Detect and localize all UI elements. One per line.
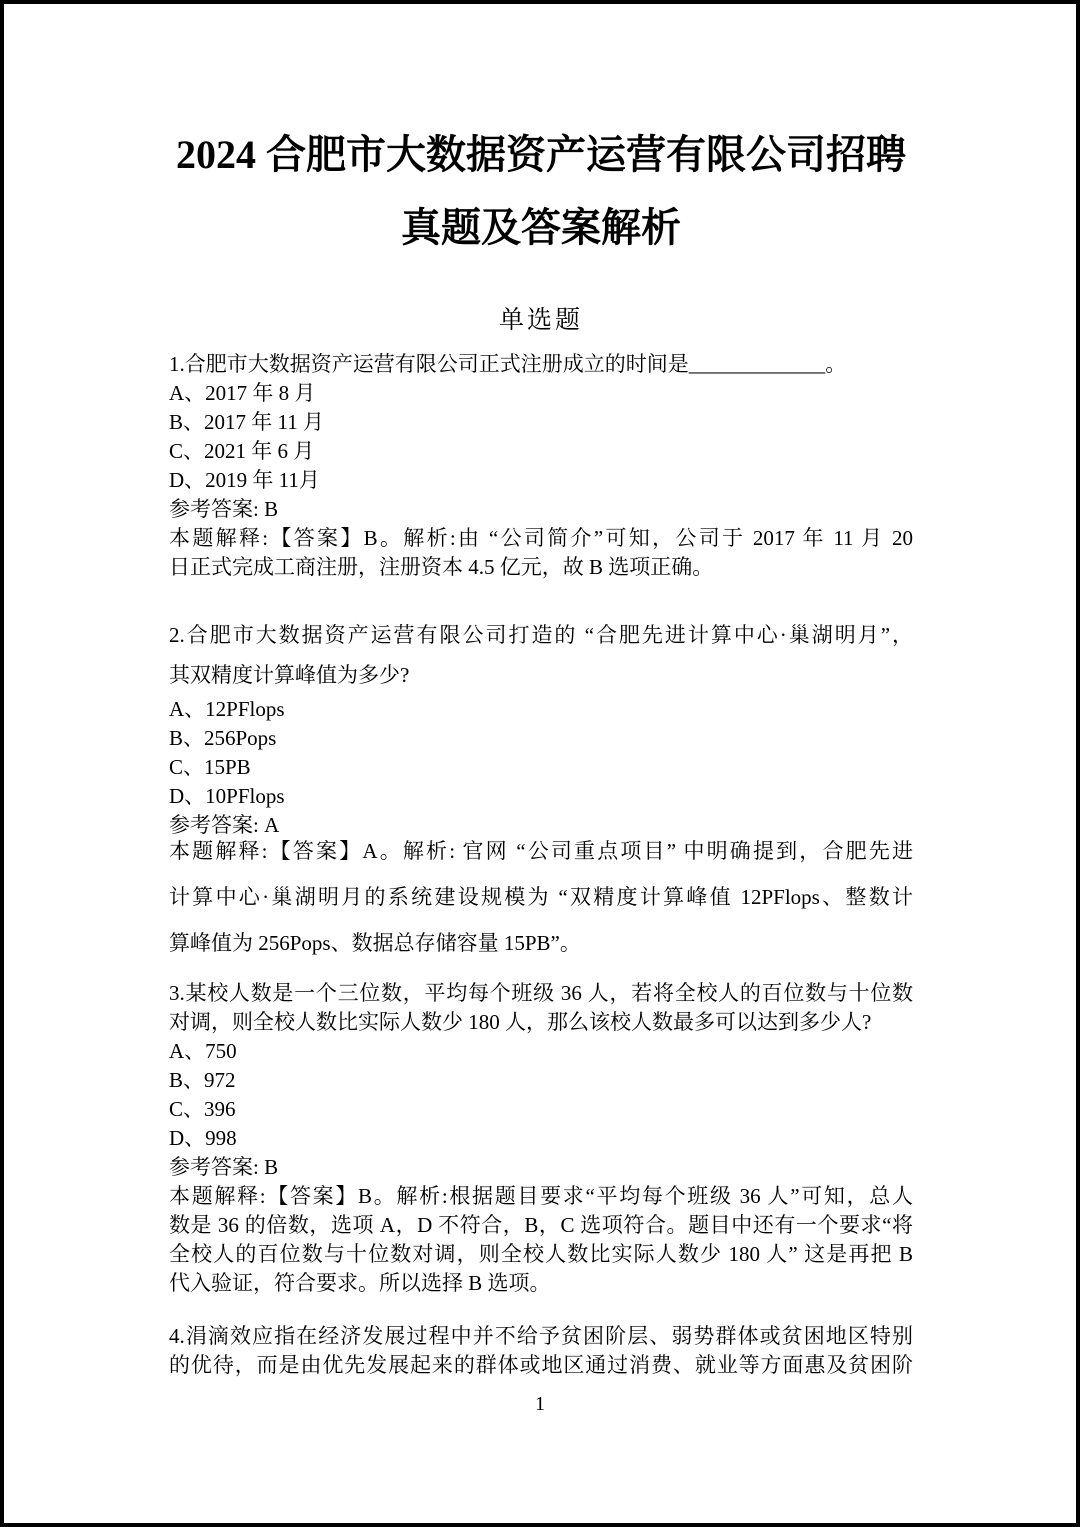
question-text-line: 1.合肥市大数据资产运营有限公司正式注册成立的时间是_____________。 xyxy=(169,350,913,379)
document-page: 2024 合肥市大数据资产运营有限公司招聘 真题及答案解析 单选题 1.合肥市大… xyxy=(0,0,1080,1527)
question-text-line: 3.某校人数是一个三位数，平均每个班级 36 人，若将全校人的百位数与十位数 xyxy=(169,979,913,1008)
option-c: C、2021 年 6 月 xyxy=(169,437,913,466)
option-a: A、750 xyxy=(169,1037,913,1066)
explanation-line: 全校人的百位数与十位数对调，则全校人数比实际人数少 180 人” 这是再把 B xyxy=(169,1240,913,1269)
question-block-2: 2.合肥市大数据资产运营有限公司打造的 “合肥先进计算中心·巢湖明月”， 其双精… xyxy=(169,615,913,966)
question-text-line: 的优待，而是由优先发展起来的群体或地区通过消费、就业等方面惠及贫困阶 xyxy=(169,1351,913,1380)
option-d: D、998 xyxy=(169,1124,913,1153)
option-a: A、2017 年 8 月 xyxy=(169,379,913,408)
question-block-3: 3.某校人数是一个三位数，平均每个班级 36 人，若将全校人的百位数与十位数 对… xyxy=(169,979,913,1298)
explanation-line: 本题解释:【答案】A。解析: 官网 “公司重点项目” 中明确提到，合肥先进 xyxy=(169,828,913,874)
option-c: C、396 xyxy=(169,1095,913,1124)
option-b: B、2017 年 11 月 xyxy=(169,408,913,437)
option-d: D、2019 年 11月 xyxy=(169,466,913,495)
explanation-line: 计算中心·巢湖明月的系统建设规模为 “双精度计算峰值 12PFlops、整数计 xyxy=(169,874,913,920)
option-b: B、972 xyxy=(169,1066,913,1095)
explanation: 本题解释:【答案】B。解析:由 “公司简介”可知，公司于 2017 年 11 月… xyxy=(169,524,913,582)
explanation-line: 本题解释:【答案】B。解析:由 “公司简介”可知，公司于 2017 年 11 月… xyxy=(169,524,913,553)
question-text-line: 其双精度计算峰值为多少? xyxy=(169,655,913,695)
explanation-line: 数是 36 的倍数，选项 A，D 不符合，B，C 选项符合。题目中还有一个要求“… xyxy=(169,1211,913,1240)
answer-line: 参考答案: B xyxy=(169,1153,913,1182)
explanation-line: 代入验证，符合要求。所以选择 B 选项。 xyxy=(169,1269,913,1298)
title-line-2: 真题及答案解析 xyxy=(169,191,913,264)
answer-line: 参考答案: B xyxy=(169,495,913,524)
explanation: 本题解释:【答案】A。解析: 官网 “公司重点项目” 中明确提到，合肥先进 计算… xyxy=(169,828,913,966)
question-block-4: 4.涓滴效应指在经济发展过程中并不给予贫困阶层、弱势群体或贫困地区特别 的优待，… xyxy=(169,1322,913,1380)
question-text-line: 对调，则全校人数比实际人数少 180 人，那么该校人数最多可以达到多少人? xyxy=(169,1008,913,1037)
option-b: B、256Pops xyxy=(169,724,913,753)
question-block-1: 1.合肥市大数据资产运营有限公司正式注册成立的时间是_____________。… xyxy=(169,350,913,582)
title-line-1: 2024 合肥市大数据资产运营有限公司招聘 xyxy=(169,118,913,191)
option-a: A、12PFlops xyxy=(169,695,913,724)
option-d: D、10PFlops xyxy=(169,782,913,811)
question-text-line: 2.合肥市大数据资产运营有限公司打造的 “合肥先进计算中心·巢湖明月”， xyxy=(169,615,913,655)
document-content: 2024 合肥市大数据资产运营有限公司招聘 真题及答案解析 单选题 1.合肥市大… xyxy=(4,4,1076,1380)
document-title: 2024 合肥市大数据资产运营有限公司招聘 真题及答案解析 xyxy=(169,4,913,264)
explanation: 本题解释:【答案】B。解析:根据题目要求“平均每个班级 36 人”可知，总人 数… xyxy=(169,1182,913,1298)
question-text-line: 4.涓滴效应指在经济发展过程中并不给予贫困阶层、弱势群体或贫困地区特别 xyxy=(169,1322,913,1351)
section-heading: 单选题 xyxy=(169,304,913,338)
page-number: 1 xyxy=(4,1392,1076,1416)
explanation-line: 本题解释:【答案】B。解析:根据题目要求“平均每个班级 36 人”可知，总人 xyxy=(169,1182,913,1211)
option-c: C、15PB xyxy=(169,753,913,782)
explanation-line: 日正式完成工商注册，注册资本 4.5 亿元，故 B 选项正确。 xyxy=(169,553,913,582)
explanation-line: 算峰值为 256Pops、数据总存储容量 15PB”。 xyxy=(169,920,913,966)
